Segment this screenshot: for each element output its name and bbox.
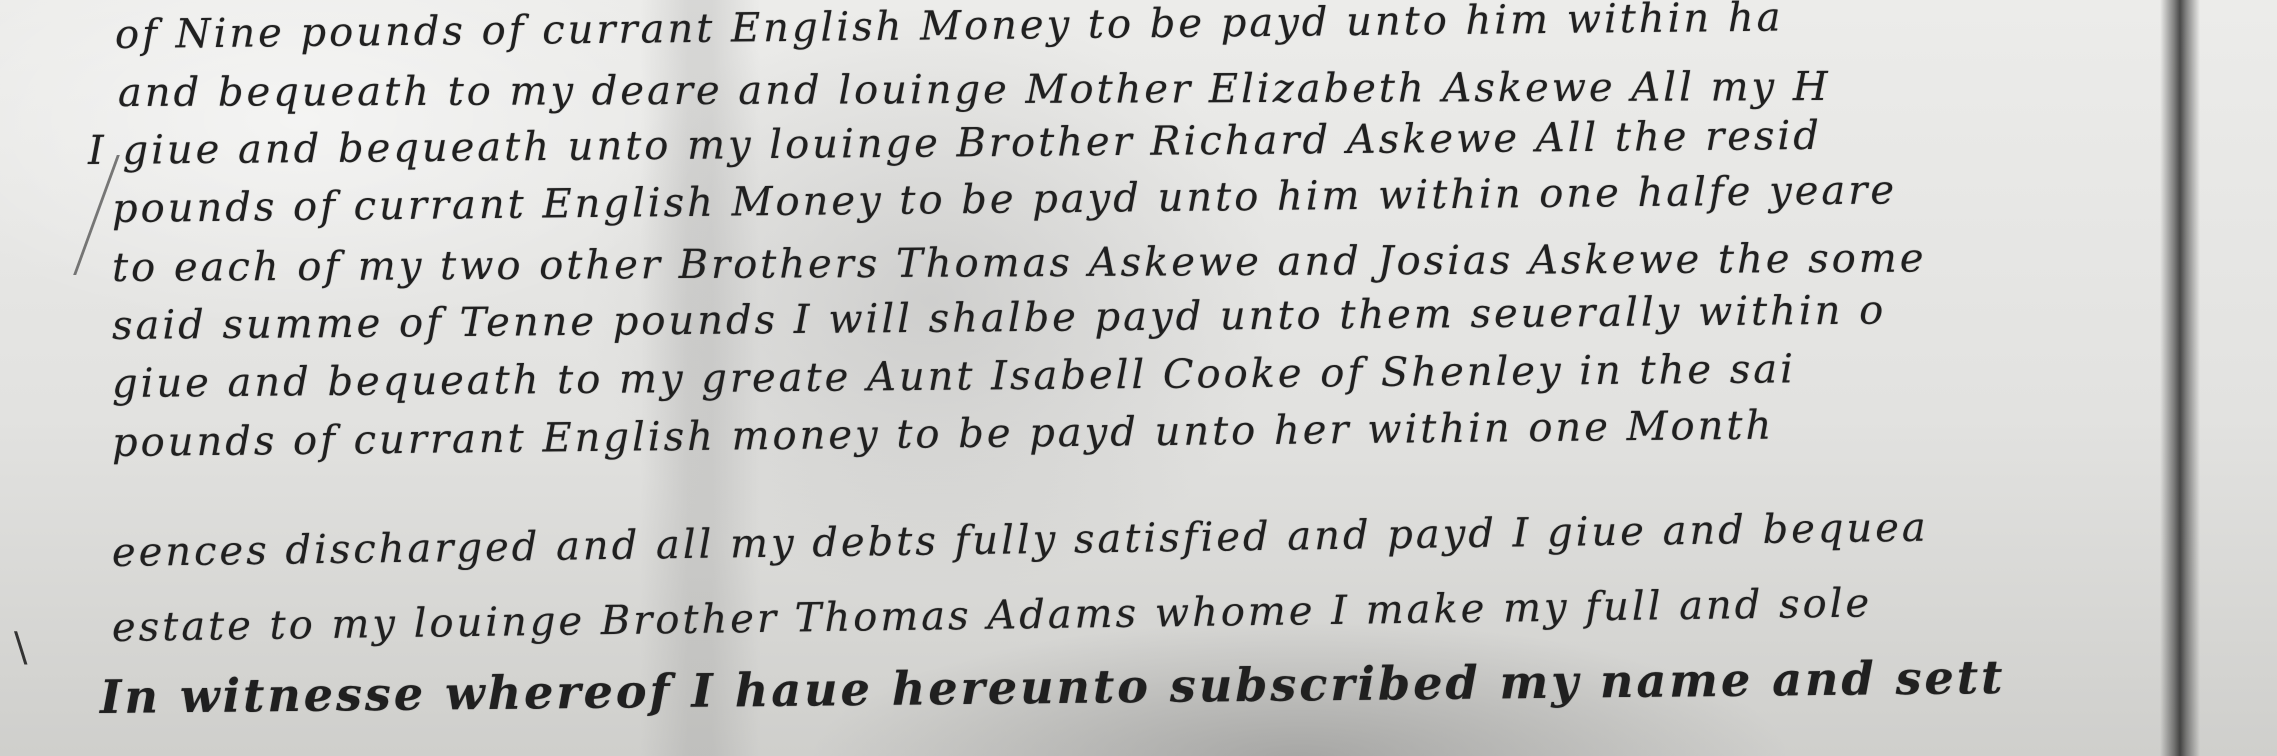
margin-mark: \ [14,625,27,671]
document-page: of Nine pounds of currant English Money … [0,0,2277,756]
text-line-2: and bequeath to my deare and louinge Mot… [118,64,1831,116]
text-line-11-in-witness: In witnesse whereof I haue hereunto subs… [100,650,2006,724]
text-line-8: pounds of currant English money to be pa… [112,403,1775,466]
text-line-4: pounds of currant English Money to be pa… [112,167,1897,232]
text-line-1: of Nine pounds of currant English Money … [115,0,1784,58]
text-line-10: estate to my louinge Brother Thomas Adam… [112,580,1873,651]
text-line-7: giue and bequeath to my greate Aunt Isab… [112,346,1796,407]
text-line-3: I giue and bequeath unto my louinge Brot… [88,113,1822,174]
text-line-5: to each of my two other Brothers Thomas … [112,235,1927,290]
page-fold-shadow [2160,0,2200,756]
text-line-9: eences discharged and all my debts fully… [112,505,1929,576]
text-line-6: said summe of Tenne pounds I will shalbe… [112,288,1887,349]
handwritten-text-block: of Nine pounds of currant English Money … [0,0,2277,756]
